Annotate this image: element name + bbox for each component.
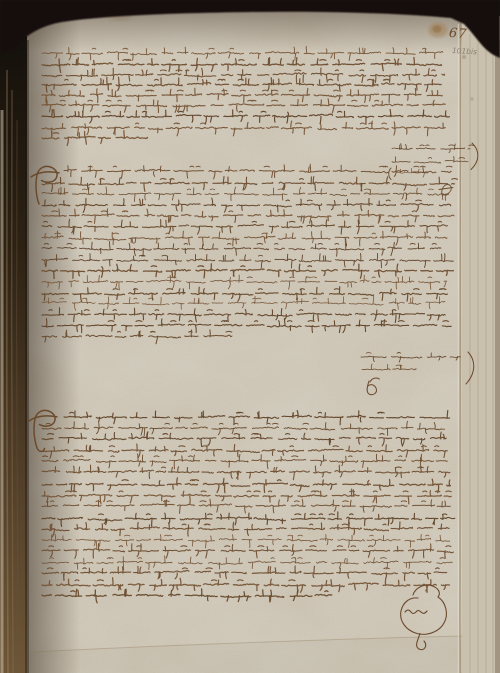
folio-number-ink: 67 bbox=[448, 26, 468, 43]
stain-spot-core bbox=[433, 25, 442, 33]
gutter-seam-shadow bbox=[25, 40, 29, 673]
fore-edge-pages bbox=[458, 16, 500, 673]
manuscript-scene: 67 101bis bbox=[0, 0, 500, 673]
folio-number-pencil: 101bis bbox=[452, 46, 478, 56]
fox-spot-2 bbox=[470, 97, 473, 100]
gutter-band bbox=[0, 36, 27, 673]
fore-edge-strip bbox=[458, 16, 500, 673]
fore-edge-dark-rim bbox=[495, 40, 500, 673]
manuscript-photo: 67 101bis bbox=[0, 0, 500, 673]
binding-gutter bbox=[0, 36, 29, 673]
